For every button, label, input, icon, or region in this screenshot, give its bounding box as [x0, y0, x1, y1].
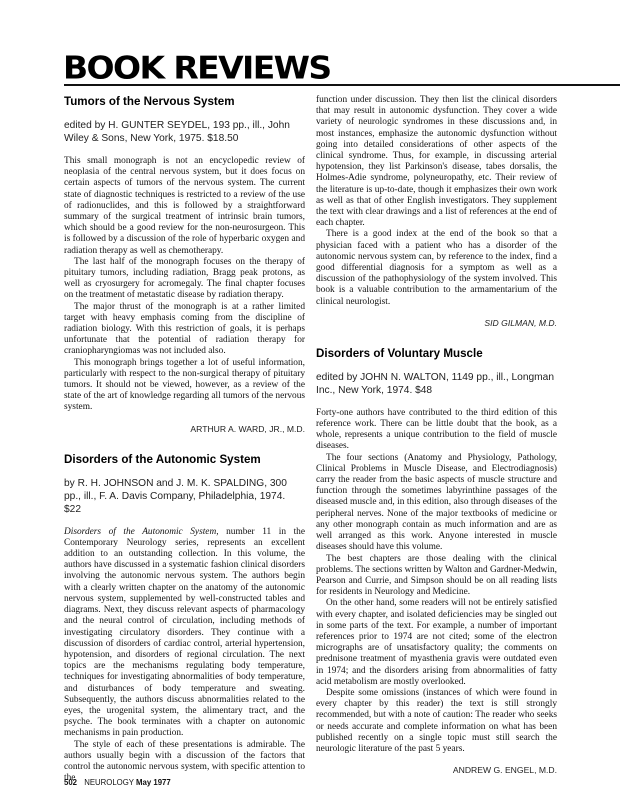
reviewer-signature: ANDREW G. ENGEL, M.D. [316, 765, 557, 776]
paragraph: This small monograph is not an encyclope… [64, 156, 305, 257]
review-body: function under discussion. They then lis… [316, 95, 557, 308]
review-autonomic: Disorders of the Autonomic System by R. … [64, 453, 305, 785]
review-autonomic-continued: function under discussion. They then lis… [316, 95, 557, 329]
paragraph-text: number 11 in the Contemporary Neurology … [64, 527, 305, 739]
journal-name: NEUROLOGY [84, 778, 134, 787]
review-body: Forty-one authors have contributed to th… [316, 408, 557, 755]
paragraph: The major thrust of the monograph is at … [64, 302, 305, 358]
reviewer-signature: ARTHUR A. WARD, JR., M.D. [64, 424, 305, 435]
review-body: This small monograph is not an encyclope… [64, 156, 305, 414]
right-column: function under discussion. They then lis… [316, 95, 557, 776]
heading-rule [64, 84, 620, 86]
paragraph: On the other hand, some readers will not… [316, 598, 557, 688]
paragraph: The last half of the monograph focuses o… [64, 257, 305, 302]
book-title-italic: Disorders of the Autonomic System, [64, 527, 219, 537]
review-biblio: edited by H. GUNTER SEYDEL, 193 pp., ill… [64, 119, 305, 145]
paragraph: There is a good index at the end of the … [316, 229, 557, 307]
journal-page: BOOK REVIEWS Tumors of the Nervous Syste… [0, 0, 620, 802]
review-title: Tumors of the Nervous System [64, 95, 305, 109]
paragraph: Despite some omissions (instances of whi… [316, 688, 557, 755]
paragraph: Disorders of the Autonomic System, numbe… [64, 527, 305, 740]
review-muscle: Disorders of Voluntary Muscle edited by … [316, 347, 557, 776]
paragraph: This monograph brings together a lot of … [64, 358, 305, 414]
paragraph: The best chapters are those dealing with… [316, 554, 557, 599]
journal-issue: May 1977 [136, 778, 171, 787]
paragraph: The four sections (Anatomy and Physiolog… [316, 453, 557, 554]
review-tumors: Tumors of the Nervous System edited by H… [64, 95, 305, 435]
review-body: Disorders of the Autonomic System, numbe… [64, 527, 305, 785]
section-heading: BOOK REVIEWS [63, 52, 331, 84]
spacer [64, 435, 305, 453]
page-number: 502 [64, 778, 77, 787]
paragraph: function under discussion. They then lis… [316, 95, 557, 229]
paragraph: Forty-one authors have contributed to th… [316, 408, 557, 453]
spacer [316, 329, 557, 347]
page-footer: 502 NEUROLOGY May 1977 [64, 778, 171, 787]
left-column: Tumors of the Nervous System edited by H… [64, 95, 305, 784]
review-biblio: by R. H. JOHNSON and J. M. K. SPALDING, … [64, 477, 305, 516]
review-biblio: edited by JOHN N. WALTON, 1149 pp., ill.… [316, 371, 557, 397]
review-title: Disorders of Voluntary Muscle [316, 347, 557, 361]
reviewer-signature: SID GILMAN, M.D. [316, 318, 557, 329]
review-title: Disorders of the Autonomic System [64, 453, 305, 467]
